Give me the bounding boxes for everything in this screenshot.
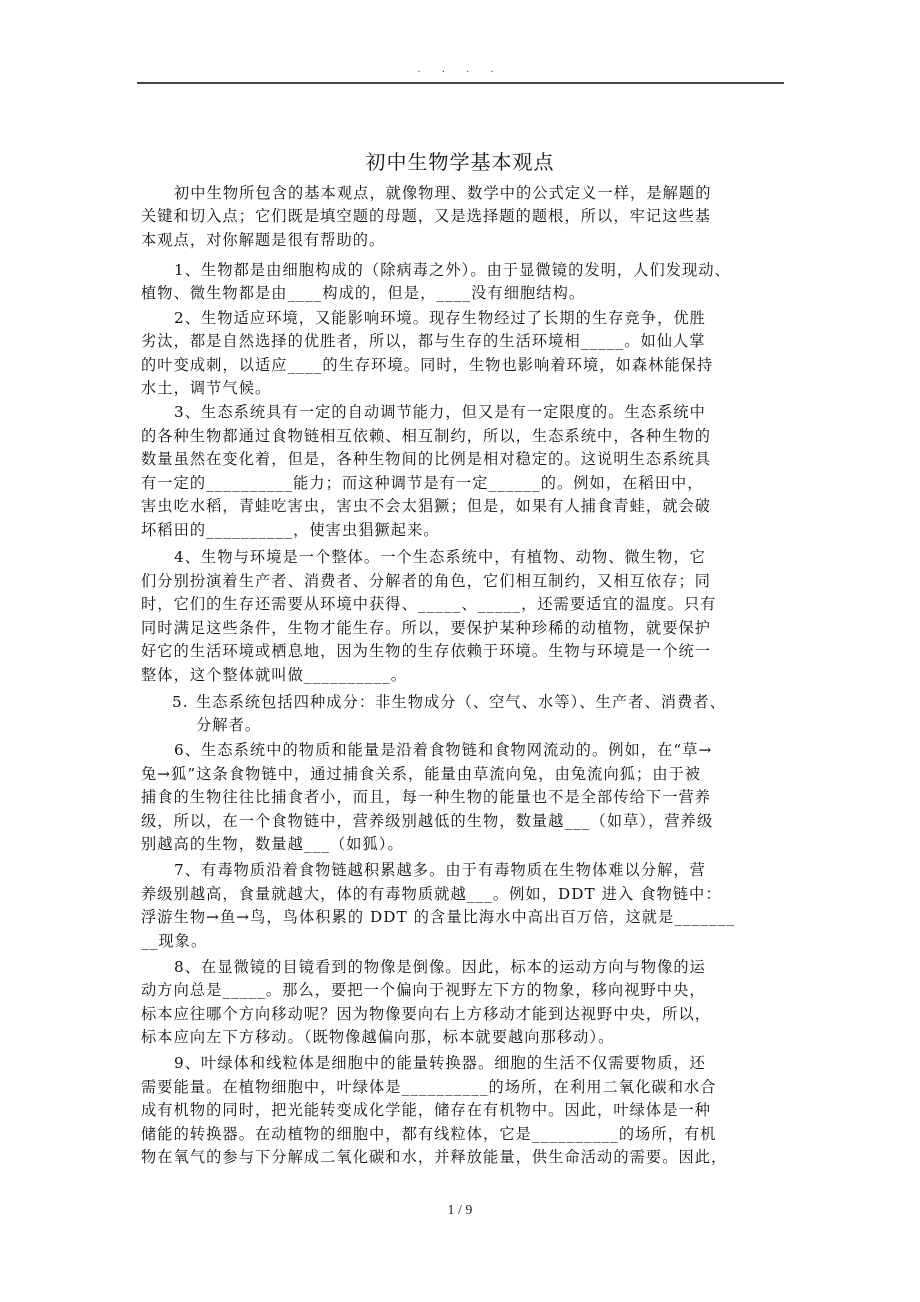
header-rule bbox=[137, 82, 784, 84]
point-4-line: 4、生物与环境是一个整体。一个生态系统中，有植物、动物、微生物，它 bbox=[174, 547, 786, 567]
point-4-line: 整体，这个整体就叫做__________。 bbox=[141, 665, 786, 685]
point-3-line: 的各种生物都通过食物链相互依赖、相互制约，所以，生态系统中，各种生物的 bbox=[141, 426, 786, 446]
point-6-line: 捕食的生物往往比捕食者小，而且，每一种生物的能量也不是全部传给下一营养 bbox=[141, 787, 786, 807]
intro-line: 初中生物所包含的基本观点，就像物理、数学中的公式定义一样，是解题的 bbox=[174, 183, 786, 203]
point-6-line: 6、生态系统中的物质和能量是沿着食物链和食物网流动的。例如，在“草→ bbox=[174, 740, 786, 760]
point-8-line: 标本应向左下方移动。（既物像越偏向那，标本就要越向那移动）。 bbox=[141, 1027, 786, 1047]
point-4-line: 同时满足这些条件，生物才能生存。所以，要保护某种珍稀的动植物，就要保护 bbox=[141, 618, 786, 638]
point-8-line: 动方向总是_____。那么，要把一个偏向于视野左下方的物象，移向视野中央， bbox=[141, 980, 786, 1000]
point-9-line: 需要能量。在植物细胞中，叶绿体是__________的场所，在利用二氧化碳和水合 bbox=[141, 1077, 786, 1097]
document-page: . . . . 初中生物学基本观点 初中生物所包含的基本观点，就像物理、数学中的… bbox=[0, 0, 920, 1302]
point-6-line: 级，所以，在一个食物链中，营养级别越低的生物，数量越___（如草），营养级 bbox=[141, 811, 786, 831]
point-6-line: 别越高的生物，数量越___（如狐）。 bbox=[141, 834, 786, 854]
point-1-line: 植物、微生物都是由____构成的，但是，____没有细胞结构。 bbox=[141, 283, 786, 303]
point-2-line: 劣汰，都是自然选择的优胜者，所以，都与生存的生活环境相_____。如仙人掌 bbox=[141, 331, 786, 351]
point-1-line: 1、生物都是由细胞构成的（除病毒之外）。由于显微镜的发明，人们发现动、 bbox=[174, 260, 786, 280]
point-4-line: 好它的生活环境或栖息地，因为生物的生存依赖于环境。生物与环境是一个统一 bbox=[141, 641, 786, 661]
page-number: 1 / 9 bbox=[0, 1203, 920, 1219]
point-9-line: 物在氧气的参与下分解成二氧化碳和水，并释放能量，供生命活动的需要。因此， bbox=[141, 1147, 786, 1167]
point-3-line: 有一定的__________能力；而这种调节是有一定______的。例如，在稻田… bbox=[141, 473, 786, 493]
point-7-line: __现象。 bbox=[141, 931, 786, 951]
point-3-line: 3、生态系统具有一定的自动调节能力，但又是有一定限度的。生态系统中 bbox=[174, 402, 786, 422]
header-dots: . . . . bbox=[0, 64, 920, 75]
intro-line: 关键和切入点；它们既是填空题的母题，又是选择题的题根，所以，牢记这些基 bbox=[141, 206, 786, 226]
point-3-line: 害虫吃水稻，青蛙吃害虫，害虫不会太猖獗；但是，如果有人捕食青蛙，就会破 bbox=[141, 496, 786, 516]
point-7-line: 7、有毒物质沿着食物链越积累越多。由于有毒物质在生物体难以分解，营 bbox=[174, 860, 786, 880]
point-3-line: 坏稻田的__________，使害虫猖獗起来。 bbox=[141, 520, 786, 540]
point-3-line: 数量虽然在变化着，但是，各种生物间的比例是相对稳定的。这说明生态系统具 bbox=[141, 449, 786, 469]
point-6-line: 兔→狐”这条食物链中，通过捕食关系，能量由草流向兔，由兔流向狐；由于被 bbox=[141, 764, 786, 784]
point-9-line: 9、叶绿体和线粒体是细胞中的能量转换器。细胞的生活不仅需要物质，还 bbox=[174, 1053, 786, 1073]
document-title: 初中生物学基本观点 bbox=[0, 146, 920, 175]
point-9-line: 储能的转换器。在动植物的细胞中，都有线粒体，它是__________的场所，有机 bbox=[141, 1124, 786, 1144]
point-7-line: 浮游生物→鱼→鸟，鸟体积累的 DDT 的含量比海水中高出百万倍，这就是_____… bbox=[141, 907, 786, 927]
point-7-line: 养级别越高，食量就越大，体的有毒物质就越___。例如，DDT 进入 食物链中： bbox=[141, 884, 786, 904]
intro-line: 本观点，对你解题是很有帮助的。 bbox=[141, 230, 786, 250]
point-4-line: 们分别扮演着生产者、消费者、分解者的角色，它们相互制约，又相互依存；同 bbox=[141, 571, 786, 591]
point-5-number: 5. bbox=[172, 692, 196, 712]
point-4-line: 时，它们的生存还需要从环境中获得、_____、_____，还需要适宜的温度。只有 bbox=[141, 594, 786, 614]
point-9-line: 成有机物的同时，把光能转变成化学能，储存在有机物中。因此，叶绿体是一种 bbox=[141, 1100, 786, 1120]
point-2-line: 2、生物适应环境，又能影响环境。现存生物经过了长期的生存竞争，优胜 bbox=[174, 308, 786, 328]
point-8-line: 8、在显微镜的目镜看到的物像是倒像。因此，标本的运动方向与物像的运 bbox=[174, 957, 786, 977]
point-2-line: 水土，调节气候。 bbox=[141, 378, 786, 398]
point-5-line: 分解者。 bbox=[196, 715, 786, 735]
point-8-line: 标本应往哪个方向移动呢？因为物像要向右上方移动才能到达视野中央，所以， bbox=[141, 1004, 786, 1024]
point-2-line: 的叶变成刺，以适应____的生存环境。同时，生物也影响着环境，如森林能保持 bbox=[141, 355, 786, 375]
point-5-line: 生态系统包括四种成分：非生物成分（、空气、水等）、生产者、消费者、 bbox=[196, 692, 786, 712]
